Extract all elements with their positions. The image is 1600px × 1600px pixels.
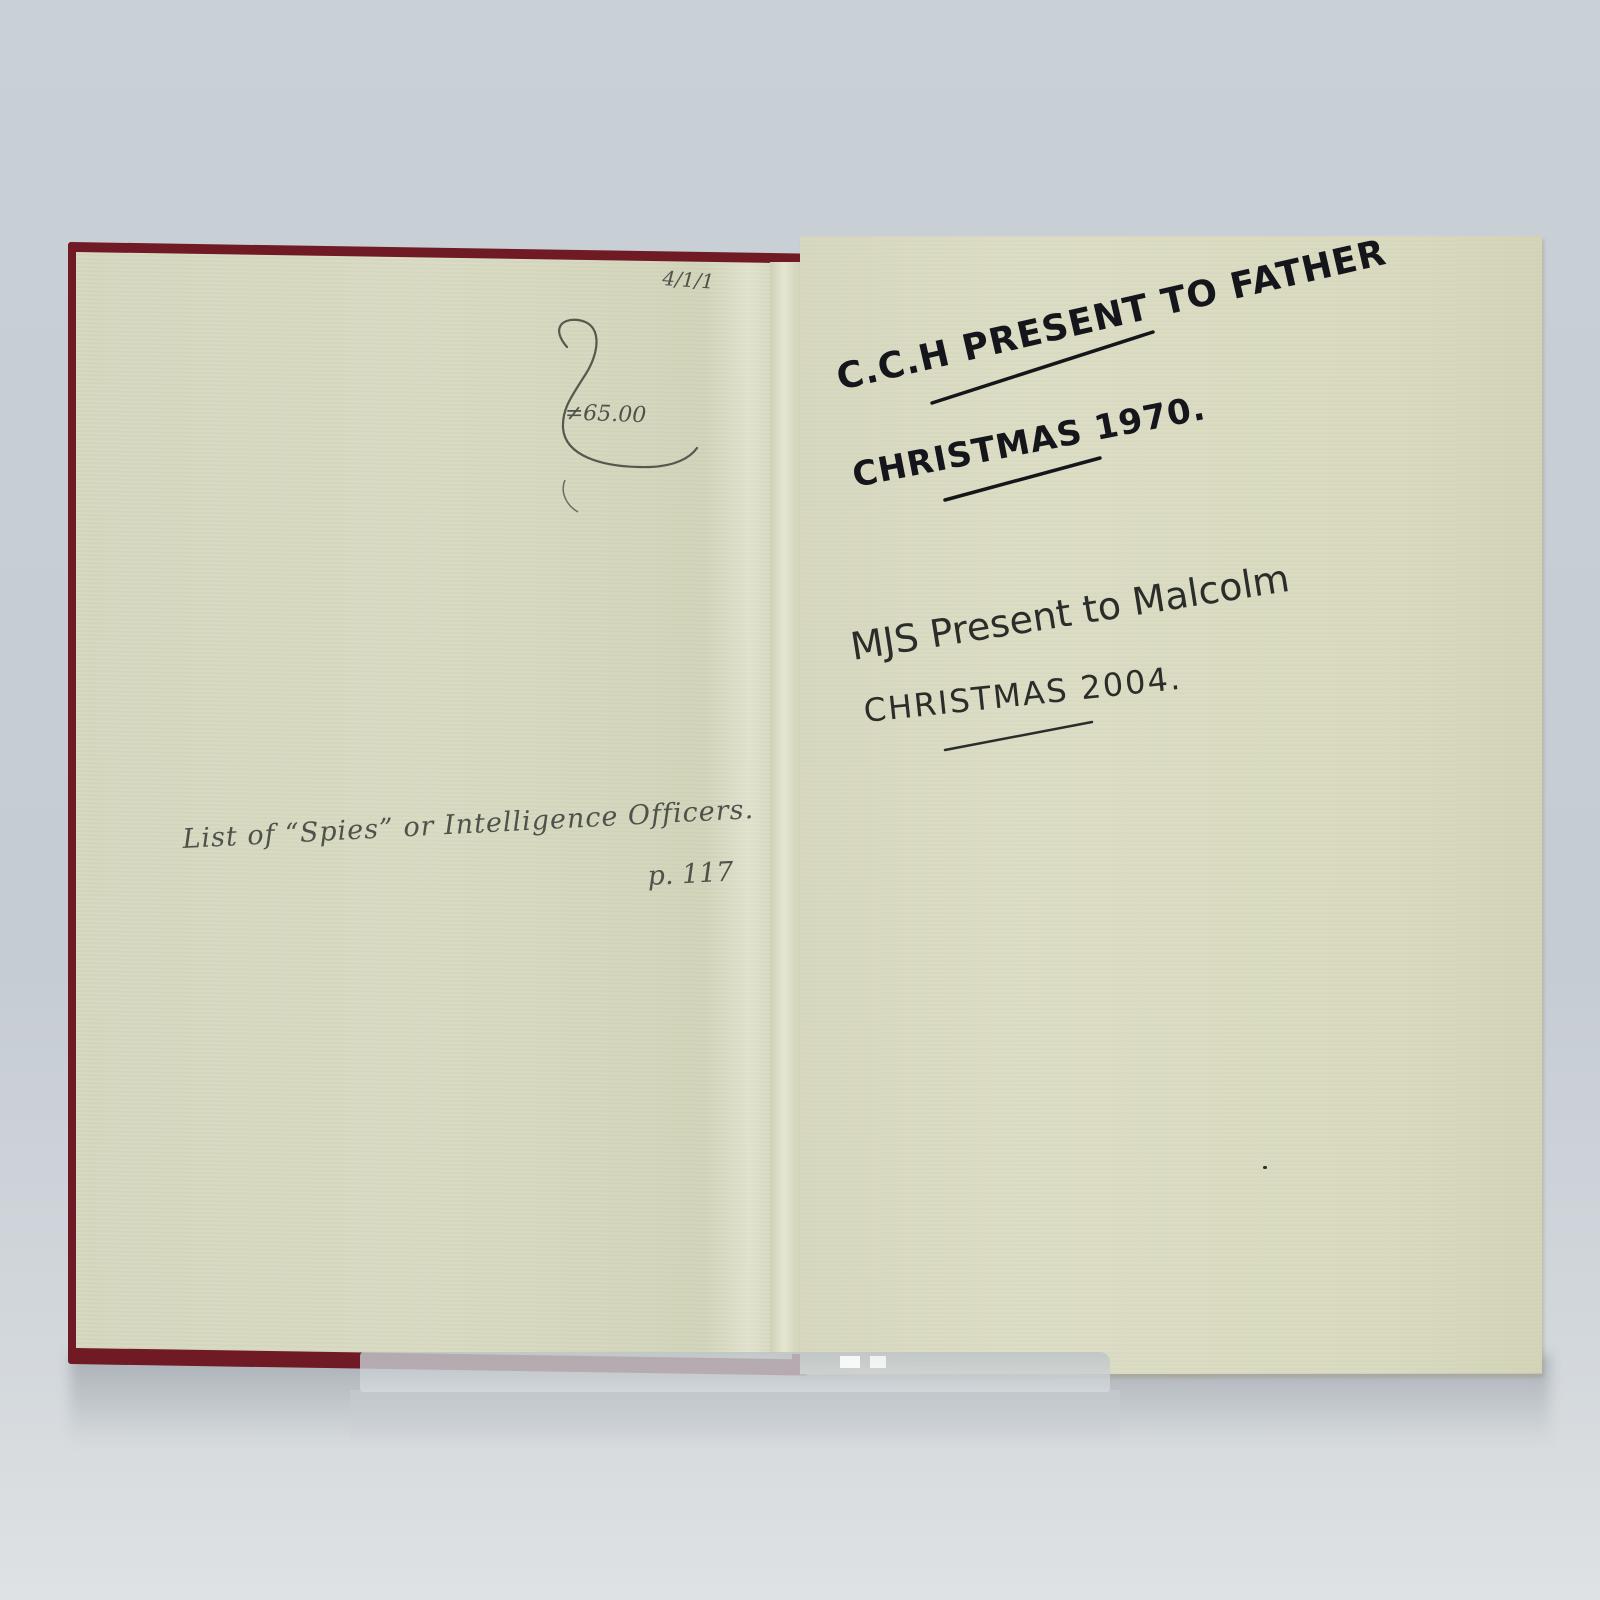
- photo-scene: 4/1/1 ≠ 65.00 List of “Spies” or Intelli…: [0, 0, 1600, 1600]
- inscription-2004-line2: CHRISTMAS 2004.: [862, 659, 1184, 730]
- inscription-2004: MJS Present to Malcolm CHRISTMAS 2004.: [0, 0, 1600, 1600]
- inscription-2004-line1: MJS Present to Malcolm: [848, 556, 1293, 669]
- underline: [945, 722, 1092, 750]
- ink-speck: [1263, 1166, 1267, 1169]
